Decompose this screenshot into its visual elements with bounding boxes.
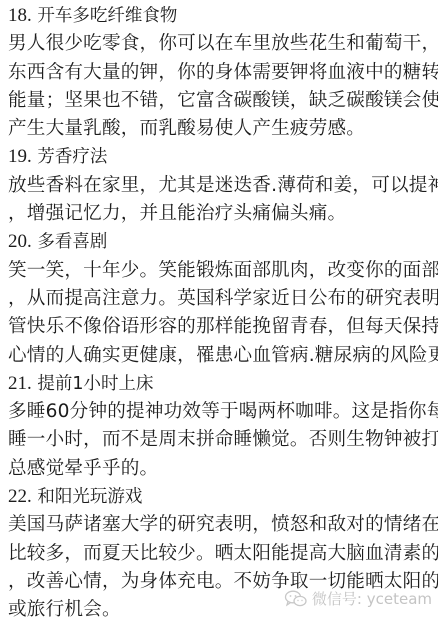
section-number: 22. xyxy=(8,486,32,507)
paragraph-line: 心情的人确实更健康，罹患心血管病.糖尿病的风险更低。 xyxy=(8,342,436,370)
article-body: 18. 开车多吃纤维食物 男人很少吃零食，你可以在车里放些花生和葡萄干，这些 东… xyxy=(8,2,436,619)
section-heading: 18. 开车多吃纤维食物 xyxy=(8,2,436,30)
section-number: 20. xyxy=(8,231,32,252)
paragraph-line: ，增强记忆力，并且能治疗头痛偏头痛。 xyxy=(8,200,436,228)
wechat-watermark: 微信号: yceteam xyxy=(284,588,432,609)
section-18: 18. 开车多吃纤维食物 男人很少吃零食，你可以在车里放些花生和葡萄干，这些 东… xyxy=(8,2,436,143)
paragraph-line: 东西含有大量的钾，你的身体需要钾将血液中的糖转化为 xyxy=(8,59,436,87)
section-number: 19. xyxy=(8,146,32,167)
paragraph-line: 能量；坚果也不错，它富含碳酸镁，缺乏碳酸镁会使身体 xyxy=(8,87,436,115)
section-title: 开车多吃纤维食物 xyxy=(37,6,177,26)
paragraph-line: 多睡60分钟的提神功效等于喝两杯咖啡。这是指你每天早 xyxy=(8,398,436,426)
section-heading: 20. 多看喜剧 xyxy=(8,228,436,256)
watermark-text: 微信号: yceteam xyxy=(312,588,432,609)
paragraph-line: 总感觉晕乎乎的。 xyxy=(8,455,436,483)
section-heading: 19. 芳香疗法 xyxy=(8,143,436,171)
section-19: 19. 芳香疗法 放些香料在家里，尤其是迷迭香.薄荷和姜，可以提神醒脑 ，增强记… xyxy=(8,143,436,228)
section-title: 和阳光玩游戏 xyxy=(37,487,142,507)
section-heading: 21. 提前1小时上床 xyxy=(8,370,436,398)
paragraph-line: 美国马萨诸塞大学的研究表明，愤怒和敌对的情绪在冬天 xyxy=(8,511,436,539)
paragraph-line: 管快乐不像俗语形容的那样能挽留青春，但每天保持愉悦 xyxy=(8,313,436,341)
wechat-icon xyxy=(284,590,308,608)
paragraph-line: 男人很少吃零食，你可以在车里放些花生和葡萄干，这些 xyxy=(8,30,436,58)
paragraph-line: 产生大量乳酸，而乳酸易使人产生疲劳感。 xyxy=(8,115,436,143)
section-heading: 22. 和阳光玩游戏 xyxy=(8,483,436,511)
paragraph-line: ，从而提高注意力。英国科学家近日公布的研究表明，尽 xyxy=(8,285,436,313)
section-number: 21. xyxy=(8,373,32,394)
section-21: 21. 提前1小时上床 多睡60分钟的提神功效等于喝两杯咖啡。这是指你每天早 睡… xyxy=(8,370,436,483)
paragraph-line: 放些香料在家里，尤其是迷迭香.薄荷和姜，可以提神醒脑 xyxy=(8,172,436,200)
section-number: 18. xyxy=(8,5,32,26)
section-title: 提前1小时上床 xyxy=(37,374,153,394)
paragraph-line: 比较多，而夏天比较少。晒太阳能提高大脑血清素的含量 xyxy=(8,540,436,568)
section-20: 20. 多看喜剧 笑一笑，十年少。笑能锻炼面部肌肉，改变你的面部循环 ，从而提高… xyxy=(8,228,436,369)
paragraph-line: 笑一笑，十年少。笑能锻炼面部肌肉，改变你的面部循环 xyxy=(8,257,436,285)
paragraph-line: 睡一小时，而不是周末拼命睡懒觉。否则生物钟被打乱， xyxy=(8,426,436,454)
section-title: 芳香疗法 xyxy=(37,147,107,167)
section-title: 多看喜剧 xyxy=(37,232,107,252)
